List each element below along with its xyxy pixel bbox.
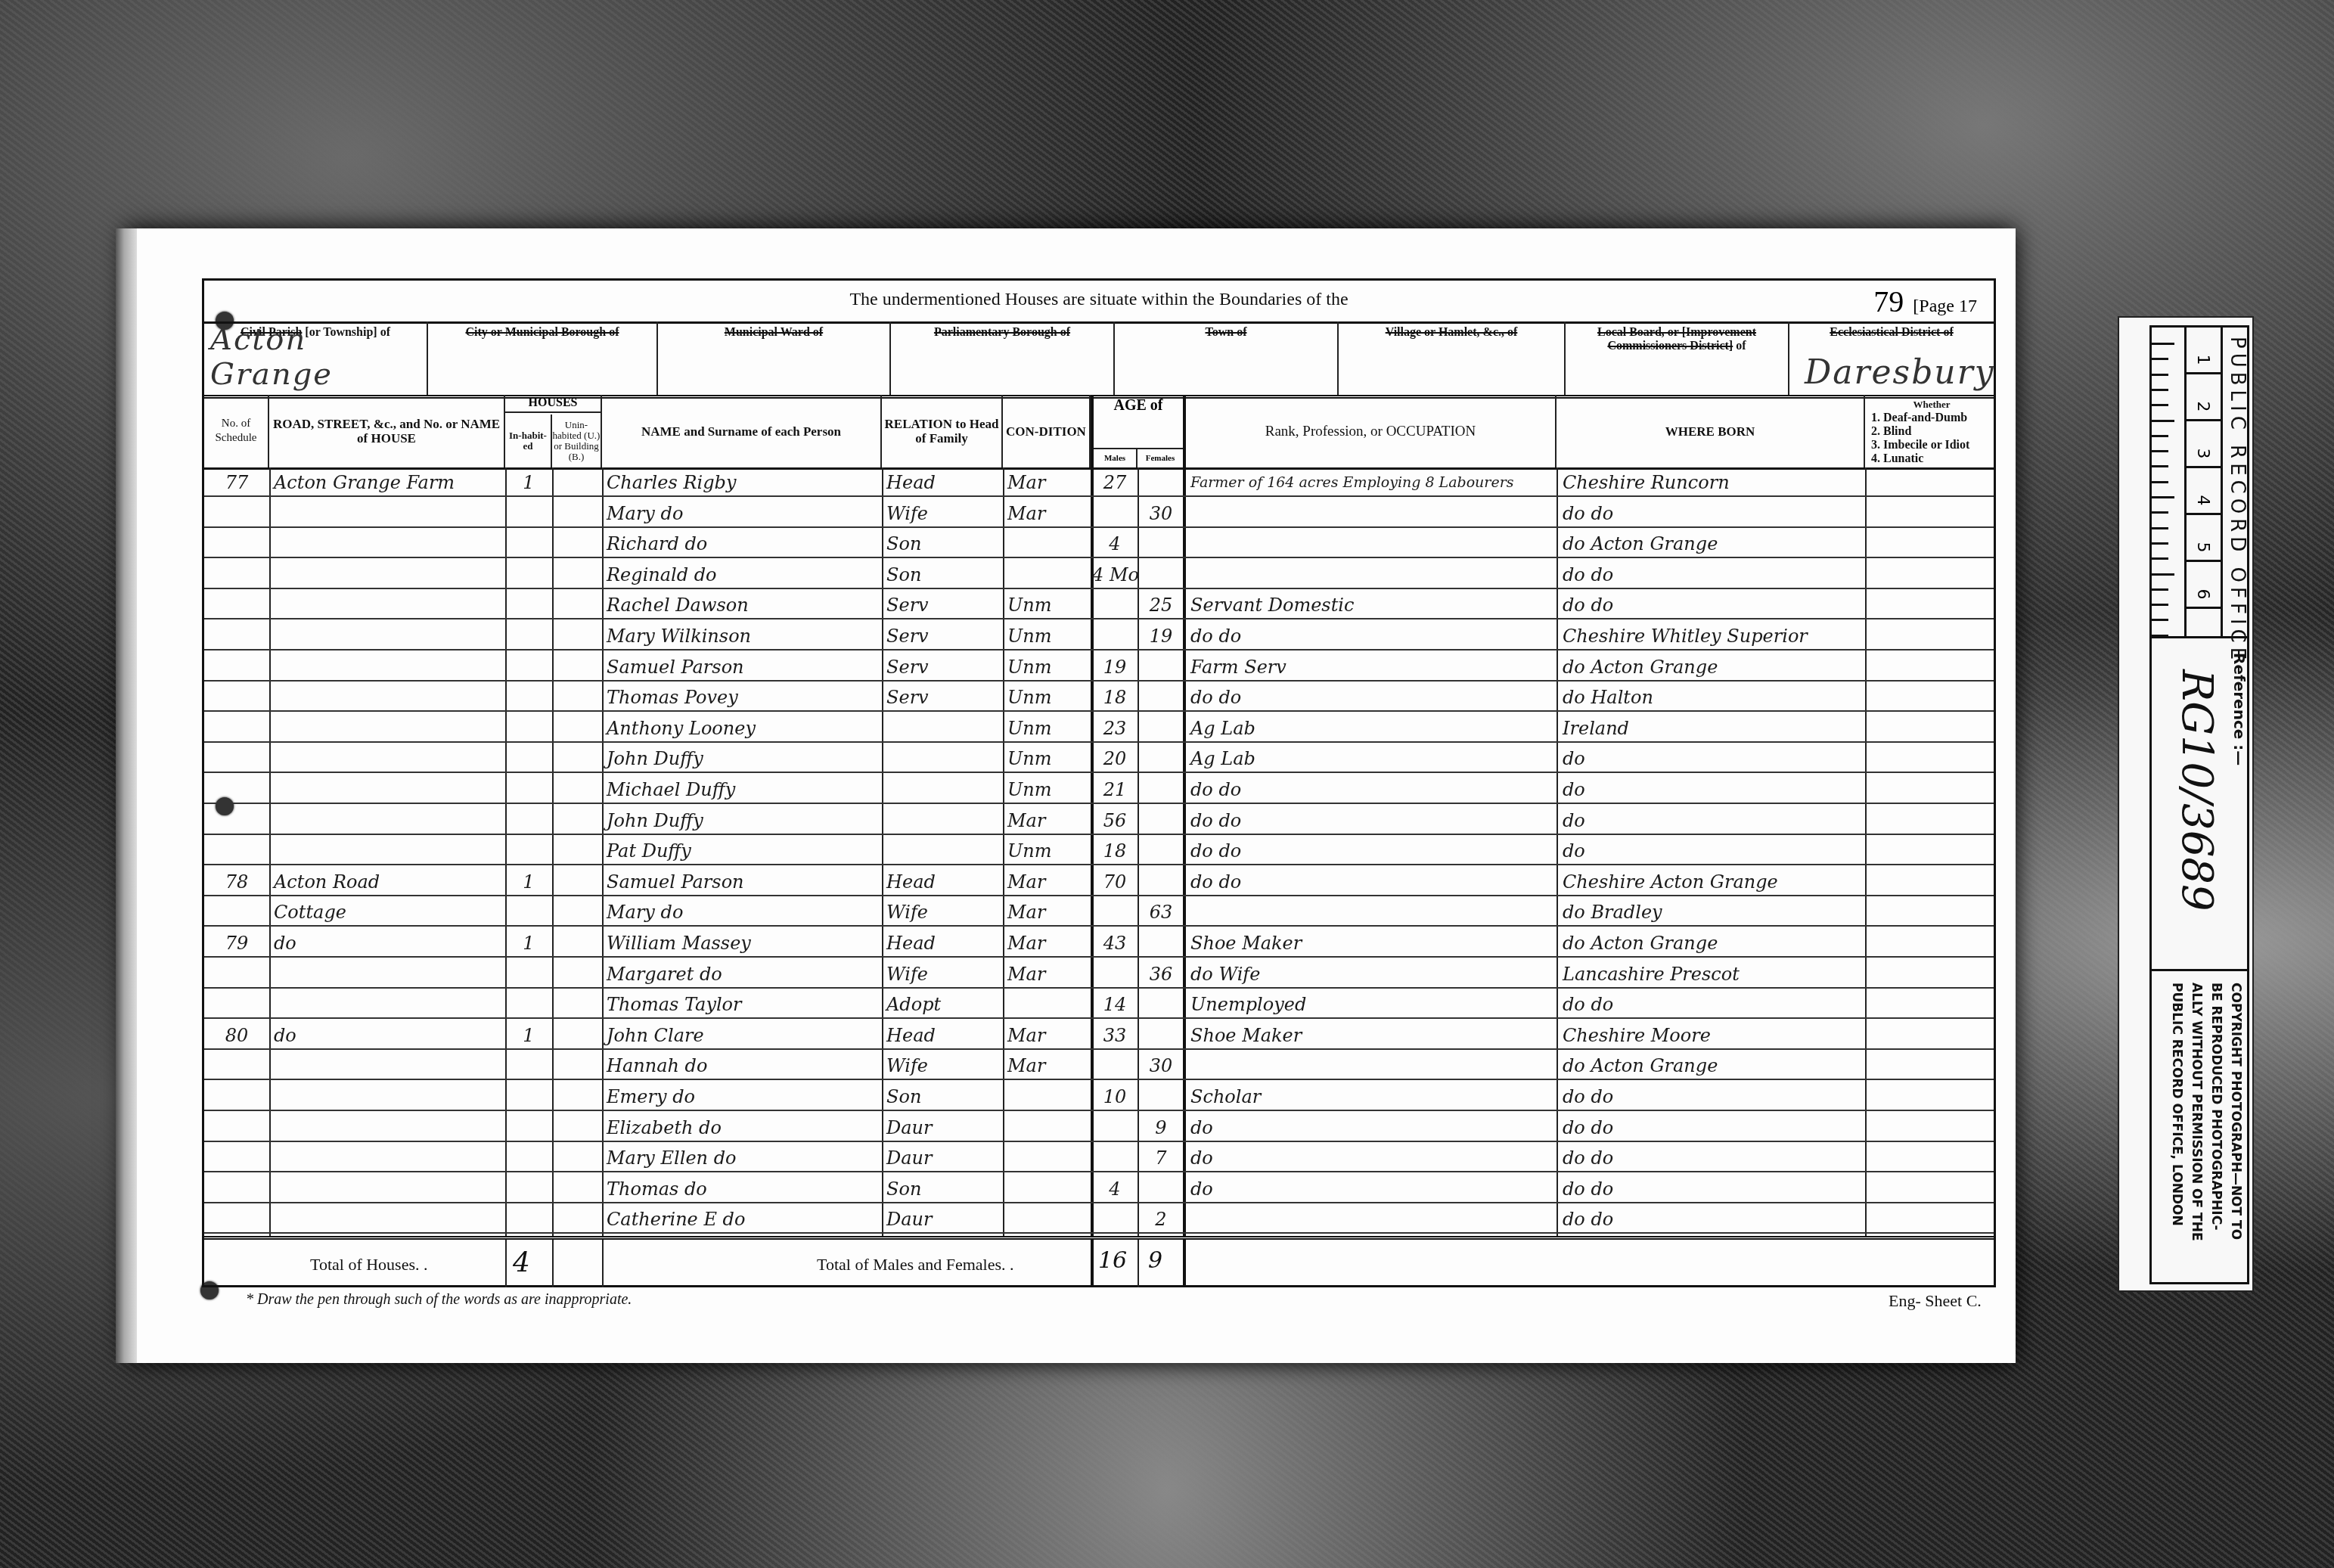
cell-inhabited: 1: [505, 928, 552, 958]
folio-block: 79 [Page 17: [1873, 284, 1977, 319]
cell-occupation: Ag Lab: [1186, 713, 1557, 743]
cell-age-male: [1092, 621, 1138, 650]
cell-relation: [882, 806, 1003, 835]
cell-inhabited: [505, 775, 552, 804]
cell-relation: Serv: [882, 590, 1003, 619]
cell-occupation: [1186, 498, 1557, 528]
cell-age-male: [1092, 959, 1138, 989]
copyright-line: ALLY WITHOUT PERMISSION OF THE: [2187, 983, 2206, 1241]
household-table: 77Acton Grange Farm1Charles RigbyHeadMar…: [204, 467, 1994, 1236]
header-houses-group: HOUSES In-habit-ed Unin-habited (U.) or …: [505, 395, 602, 467]
cell-age-male: [1092, 1113, 1138, 1142]
cell-road: do: [269, 928, 505, 958]
cell-road: [269, 713, 505, 743]
header-infirmity-option: 2. Blind: [1871, 425, 1992, 439]
cell-where-born: do Acton Grange: [1558, 652, 1865, 682]
scale-number: 6: [2193, 589, 2212, 600]
cell-name: Pat Duffy: [602, 836, 882, 865]
cell-occupation: [1186, 1051, 1557, 1080]
cell-age-female: 36: [1139, 959, 1183, 989]
table-row: Samuel ParsonServUnm19Farm Servdo Acton …: [204, 652, 1994, 682]
cell-name: Samuel Parson: [602, 867, 882, 896]
cell-where-born: do do: [1558, 1174, 1865, 1203]
cell-road: [269, 652, 505, 682]
cell-inhabited: [505, 1143, 552, 1172]
scale-number: 4: [2193, 495, 2212, 506]
cell-schedule: [204, 652, 269, 682]
ruler-tick: [2152, 573, 2174, 576]
cell-age-female: [1139, 806, 1183, 835]
cell-schedule: [204, 1204, 269, 1234]
cell-occupation: do do: [1186, 621, 1557, 650]
table-row: Margaret doWifeMar36do WifeLancashire Pr…: [204, 959, 1994, 989]
cell-name: Elizabeth do: [602, 1113, 882, 1142]
cell-age-female: [1139, 1082, 1183, 1111]
cell-road: [269, 836, 505, 865]
cell-occupation: do: [1186, 1143, 1557, 1172]
cell-schedule: [204, 498, 269, 528]
cell-name: Rachel Dawson: [602, 590, 882, 619]
ruler-tick: [2152, 389, 2168, 391]
cell-age-female: 30: [1139, 1051, 1183, 1080]
ruler-tick: [2152, 465, 2168, 467]
location-label: of: [1733, 340, 1746, 352]
cell-age-female: [1139, 775, 1183, 804]
cell-where-born: do do: [1558, 498, 1865, 528]
cell-schedule: 78: [204, 867, 269, 896]
table-row: 77Acton Grange Farm1Charles RigbyHeadMar…: [204, 467, 1994, 497]
total-females-value: 9: [1148, 1247, 1162, 1274]
cell-inhabited: [505, 806, 552, 835]
header-condition: CON-DITION: [1003, 395, 1091, 467]
cell-name: Mary do: [602, 498, 882, 528]
table-row: John DuffyUnm20Ag Labdo: [204, 744, 1994, 773]
location-municipal-borough: City or Municipal Borough of: [428, 321, 658, 395]
cell-schedule: [204, 836, 269, 865]
cell-age-male: 33: [1092, 1020, 1138, 1050]
location-value: Daresbury: [1805, 353, 1995, 392]
cell-name: Richard do: [602, 529, 882, 558]
cell-age-male: 20: [1092, 744, 1138, 773]
cell-where-born: do do: [1558, 590, 1865, 619]
cell-condition: Mar: [1003, 1020, 1091, 1050]
cell-age-male: 23: [1092, 713, 1138, 743]
cell-condition: [1003, 1113, 1091, 1142]
cell-occupation: [1186, 1204, 1557, 1234]
cell-age-male: [1092, 1051, 1138, 1080]
archive-strip-frame: 123456 PUBLIC RECORD OFFICE Reference :—…: [2149, 325, 2249, 1284]
cell-where-born: do: [1558, 806, 1865, 835]
scale-number: 3: [2193, 449, 2212, 459]
header-infirmity-option: 1. Deaf-and-Dumb: [1871, 411, 1992, 425]
cell-road: [269, 744, 505, 773]
cell-occupation: Farm Serv: [1186, 652, 1557, 682]
cell-age-male: 70: [1092, 867, 1138, 896]
column-divider: [552, 1240, 554, 1287]
table-row: Mary doWifeMar30do do: [204, 498, 1994, 528]
cell-inhabited: [505, 989, 552, 1019]
cell-inhabited: 1: [505, 1020, 552, 1050]
ruler-tick: [2152, 496, 2174, 498]
cell-schedule: [204, 897, 269, 927]
total-houses-label: Total of Houses. .: [310, 1255, 428, 1275]
cell-inhabited: [505, 621, 552, 650]
cell-inhabited: 1: [505, 867, 552, 896]
cell-schedule: 77: [204, 467, 269, 497]
table-row: 80do1John ClareHeadMar33Shoe MakerCheshi…: [204, 1020, 1994, 1050]
cell-name: William Massey: [602, 928, 882, 958]
cell-schedule: [204, 775, 269, 804]
cell-relation: Adopt: [882, 989, 1003, 1019]
cell-road: [269, 1143, 505, 1172]
cell-road: [269, 806, 505, 835]
cell-schedule: [204, 621, 269, 650]
table-row: Catherine E doDaur2do do: [204, 1204, 1994, 1234]
header-females: Females: [1138, 448, 1183, 467]
cell-age-male: [1092, 1204, 1138, 1234]
cell-name: John Clare: [602, 1020, 882, 1050]
inch-ruler: [2152, 328, 2187, 636]
cell-schedule: [204, 989, 269, 1019]
cell-occupation: do do: [1186, 836, 1557, 865]
copyright-notice: COPYRIGHT PHOTOGRAPH—NOT TO BE REPRODUCE…: [2167, 983, 2246, 1241]
strip-divider: [2152, 636, 2247, 638]
cell-road: [269, 1113, 505, 1142]
cell-occupation: Servant Domestic: [1186, 590, 1557, 619]
header-road: ROAD, STREET, &c., and No. or NAME of HO…: [269, 395, 505, 467]
ruler-tick: [2152, 604, 2168, 606]
cell-relation: [882, 775, 1003, 804]
header-infirmity-option: 3. Imbecile or Idiot: [1871, 439, 1992, 452]
cell-where-born: do Acton Grange: [1558, 529, 1865, 558]
cell-condition: [1003, 1143, 1091, 1172]
ruler-tick: [2152, 435, 2168, 437]
header-males: Males: [1094, 448, 1138, 467]
cell-occupation: do do: [1186, 775, 1557, 804]
cell-age-female: [1139, 836, 1183, 865]
cell-where-born: do: [1558, 744, 1865, 773]
cell-age-male: 56: [1092, 806, 1138, 835]
cell-road: [269, 775, 505, 804]
cell-occupation: Shoe Maker: [1186, 928, 1557, 958]
cell-where-born: do Acton Grange: [1558, 928, 1865, 958]
location-label-struck: Village or Hamlet, &c., of: [1386, 326, 1518, 339]
cell-road: [269, 560, 505, 589]
cell-where-born: do: [1558, 836, 1865, 865]
header-inhabited: In-habit-ed: [505, 415, 552, 467]
cell-inhabited: [505, 1204, 552, 1234]
form-title: The undermentioned Houses are situate wi…: [204, 290, 1994, 310]
header-where-born: WHERE BORN: [1557, 395, 1865, 467]
cell-inhabited: [505, 836, 552, 865]
cell-age-female: 25: [1139, 590, 1183, 619]
cell-name: Margaret do: [602, 959, 882, 989]
table-row: Reginald doSon4 Modo do: [204, 560, 1994, 589]
ruler-tick: [2152, 343, 2174, 345]
cell-name: Thomas do: [602, 1174, 882, 1203]
cell-schedule: [204, 1113, 269, 1142]
header-infirmity-whether: Whether: [1871, 398, 1992, 411]
scale-segment: 1: [2187, 328, 2221, 374]
cell-where-born: do do: [1558, 1082, 1865, 1111]
table-row: Thomas PoveyServUnm18do dodo Halton: [204, 682, 1994, 712]
folio-number: 79: [1873, 284, 1904, 319]
table-row: Thomas doSon4dodo do: [204, 1174, 1994, 1203]
cell-relation: [882, 713, 1003, 743]
cell-condition: Mar: [1003, 467, 1091, 497]
cell-schedule: [204, 713, 269, 743]
cell-occupation: Shoe Maker: [1186, 1020, 1557, 1050]
cell-age-female: [1139, 1174, 1183, 1203]
cell-occupation: Unemployed: [1186, 989, 1557, 1019]
header-age: AGE of: [1094, 398, 1183, 413]
table-row: Rachel DawsonServUnm25Servant Domesticdo…: [204, 590, 1994, 619]
header-relation: RELATION to Head of Family: [882, 395, 1003, 467]
cell-schedule: [204, 959, 269, 989]
cell-inhabited: [505, 897, 552, 927]
scale-bar: 123456: [2187, 328, 2223, 636]
cell-condition: Mar: [1003, 1051, 1091, 1080]
cell-condition: [1003, 1204, 1091, 1234]
cell-name: Charles Rigby: [602, 467, 882, 497]
cell-condition: Unm: [1003, 713, 1091, 743]
cell-age-male: 18: [1092, 836, 1138, 865]
cell-relation: [882, 744, 1003, 773]
ruler-tick: [2152, 542, 2168, 545]
location-label-struck: Town of: [1206, 326, 1247, 339]
cell-occupation: [1186, 897, 1557, 927]
cell-age-female: 2: [1139, 1204, 1183, 1234]
scale-segment: 6: [2187, 562, 2221, 609]
cell-age-male: 21: [1092, 775, 1138, 804]
cell-condition: Mar: [1003, 897, 1091, 927]
ruler-tick: [2152, 619, 2168, 621]
cell-age-female: [1139, 989, 1183, 1019]
table-row: 79do1William MasseyHeadMar43Shoe Makerdo…: [204, 928, 1994, 958]
cell-where-born: Cheshire Moore: [1558, 1020, 1865, 1050]
cell-occupation: do: [1186, 1113, 1557, 1142]
cell-inhabited: [505, 1082, 552, 1111]
cell-schedule: [204, 1082, 269, 1111]
cell-relation: Son: [882, 1174, 1003, 1203]
cell-age-male: [1092, 498, 1138, 528]
cell-relation: Son: [882, 529, 1003, 558]
table-row: Pat DuffyUnm18do dodo: [204, 836, 1994, 865]
cell-inhabited: [505, 959, 552, 989]
location-value: Acton Grange: [210, 322, 427, 392]
total-persons-label: Total of Males and Females. .: [817, 1255, 1014, 1275]
census-form: The undermentioned Houses are situate wi…: [202, 278, 1996, 1287]
ruler-tick: [2152, 527, 2168, 529]
cell-age-male: 10: [1092, 1082, 1138, 1111]
cell-relation: Son: [882, 560, 1003, 589]
cell-name: Reginald do: [602, 560, 882, 589]
cell-condition: Unm: [1003, 621, 1091, 650]
cell-road: [269, 1082, 505, 1111]
header-houses: HOUSES: [505, 396, 601, 413]
cell-inhabited: [505, 1051, 552, 1080]
cell-condition: Mar: [1003, 806, 1091, 835]
cell-age-male: [1092, 590, 1138, 619]
reference-value: RG10/3689: [2172, 669, 2221, 911]
cell-age-male: 18: [1092, 682, 1138, 712]
archive-reference-strip: 123456 PUBLIC RECORD OFFICE Reference :—…: [2118, 316, 2254, 1292]
cell-name: Anthony Looney: [602, 713, 882, 743]
cell-condition: [1003, 529, 1091, 558]
table-row: John DuffyMar56do dodo: [204, 806, 1994, 835]
cell-condition: Mar: [1003, 928, 1091, 958]
cell-inhabited: [505, 1113, 552, 1142]
cell-inhabited: [505, 744, 552, 773]
cell-age-female: [1139, 529, 1183, 558]
cell-road: [269, 1051, 505, 1080]
location-row: Civil Parish [or Township] of Acton Gran…: [204, 321, 1994, 399]
strip-divider: [2152, 969, 2247, 971]
cell-relation: Daur: [882, 1113, 1003, 1142]
cell-schedule: [204, 1174, 269, 1203]
location-label-struck: Ecclesiastical District of: [1830, 326, 1954, 339]
cell-age-female: [1139, 682, 1183, 712]
cell-relation: Head: [882, 867, 1003, 896]
location-label-struck: Municipal Ward of: [725, 326, 823, 339]
cell-age-female: 7: [1139, 1143, 1183, 1172]
table-row: Anthony LooneyUnm23Ag LabIreland: [204, 713, 1994, 743]
cell-where-born: Cheshire Whitley Superior: [1558, 621, 1865, 650]
cell-name: Mary do: [602, 897, 882, 927]
cell-schedule: 80: [204, 1020, 269, 1050]
header-infirmity: Whether 1. Deaf-and-Dumb 2. Blind 3. Imb…: [1871, 398, 1992, 466]
cell-condition: Unm: [1003, 744, 1091, 773]
ruler-tick: [2152, 481, 2168, 483]
cell-age-female: 30: [1139, 498, 1183, 528]
cell-schedule: [204, 1051, 269, 1080]
cell-name: Emery do: [602, 1082, 882, 1111]
header-uninhabited: Unin-habited (U.) or Building (B.): [552, 415, 601, 467]
cell-age-male: 4: [1092, 1174, 1138, 1203]
cell-age-male: 4 Mo: [1092, 560, 1138, 589]
cell-schedule: [204, 590, 269, 619]
scale-segment: 5: [2187, 515, 2221, 562]
cell-age-female: [1139, 652, 1183, 682]
location-municipal-ward: Municipal Ward of: [658, 321, 891, 395]
cell-road: [269, 498, 505, 528]
cell-where-born: do Acton Grange: [1558, 1051, 1865, 1080]
cell-age-female: [1139, 744, 1183, 773]
cell-where-born: do Halton: [1558, 682, 1865, 712]
cell-occupation: Farmer of 164 acres Employing 8 Labourer…: [1186, 467, 1557, 497]
cell-name: John Duffy: [602, 806, 882, 835]
header-name: NAME and Surname of each Person: [602, 395, 882, 467]
cell-age-female: [1139, 560, 1183, 589]
column-divider: [505, 1240, 507, 1287]
title-row: The undermentioned Houses are situate wi…: [204, 281, 1994, 324]
cell-relation: Daur: [882, 1204, 1003, 1234]
cell-road: [269, 1174, 505, 1203]
cell-inhabited: [505, 1174, 552, 1203]
cell-age-male: 4: [1092, 529, 1138, 558]
cell-age-female: 19: [1139, 621, 1183, 650]
reference-label: Reference :—: [2230, 653, 2249, 765]
location-local-board: Local Board, or [Improvement Commissione…: [1566, 321, 1789, 395]
cell-condition: Unm: [1003, 682, 1091, 712]
cell-age-female: 9: [1139, 1113, 1183, 1142]
table-row: Mary Ellen doDaur7dodo do: [204, 1143, 1994, 1172]
table-row: Michael DuffyUnm21do dodo: [204, 775, 1994, 804]
table-row: Emery doSon10Scholardo do: [204, 1082, 1994, 1111]
cell-name: Mary Wilkinson: [602, 621, 882, 650]
cell-relation: Wife: [882, 1051, 1003, 1080]
total-males-value: 16: [1098, 1247, 1127, 1274]
cell-name: Mary Ellen do: [602, 1143, 882, 1172]
cell-relation: [882, 836, 1003, 865]
cell-inhabited: [505, 652, 552, 682]
cell-schedule: [204, 744, 269, 773]
location-label-struck: City or Municipal Borough of: [466, 326, 619, 339]
cell-where-born: Cheshire Acton Grange: [1558, 867, 1865, 896]
cell-age-male: 27: [1092, 467, 1138, 497]
page-binding-edge: [116, 228, 137, 1363]
location-label-struck: Parliamentary Borough of: [934, 326, 1070, 339]
cell-condition: [1003, 1082, 1091, 1111]
cell-relation: Head: [882, 1020, 1003, 1050]
column-header-row: No. of Schedule ROAD, STREET, &c., and N…: [204, 395, 1994, 470]
cell-name: John Duffy: [602, 744, 882, 773]
cell-relation: Serv: [882, 682, 1003, 712]
cell-where-born: do do: [1558, 1113, 1865, 1142]
cell-relation: Daur: [882, 1143, 1003, 1172]
cell-relation: Wife: [882, 897, 1003, 927]
copyright-line: BE REPRODUCED PHOTOGRAPHIC-: [2206, 983, 2226, 1241]
cell-road: [269, 621, 505, 650]
table-row: Mary WilkinsonServUnm19do doCheshire Whi…: [204, 621, 1994, 650]
location-ecclesiastical-district: Ecclesiastical District of Daresbury: [1789, 321, 1994, 395]
column-divider: [1183, 1240, 1186, 1287]
column-divider: [1138, 1240, 1139, 1287]
location-town: Town of: [1115, 321, 1339, 395]
cell-condition: [1003, 560, 1091, 589]
table-row: Richard doSon4do Acton Grange: [204, 529, 1994, 558]
sheet-identifier: Eng- Sheet C.: [1889, 1291, 1982, 1311]
cell-where-born: do do: [1558, 1204, 1865, 1234]
cell-where-born: Cheshire Runcorn: [1558, 467, 1865, 497]
cell-inhabited: [505, 498, 552, 528]
cell-where-born: Ireland: [1558, 713, 1865, 743]
header-age-group: AGE of Males Females: [1091, 395, 1186, 467]
cell-condition: [1003, 989, 1091, 1019]
column-divider: [1091, 1240, 1094, 1287]
census-page: The undermentioned Houses are situate wi…: [125, 228, 2016, 1363]
cell-inhabited: [505, 713, 552, 743]
cell-age-male: 19: [1092, 652, 1138, 682]
cell-schedule: [204, 560, 269, 589]
table-row: Hannah doWifeMar30do Acton Grange: [204, 1051, 1994, 1080]
ruler-tick: [2152, 358, 2168, 360]
cell-inhabited: [505, 682, 552, 712]
cell-road: do: [269, 1020, 505, 1050]
cell-name: Thomas Taylor: [602, 989, 882, 1019]
cell-occupation: [1186, 560, 1557, 589]
scale-number: 2: [2193, 402, 2212, 412]
page-number: [Page 17: [1913, 297, 1977, 317]
cell-inhabited: [505, 529, 552, 558]
cell-where-born: do Bradley: [1558, 897, 1865, 927]
cell-where-born: do do: [1558, 1143, 1865, 1172]
cell-schedule: [204, 682, 269, 712]
cell-where-born: do do: [1558, 560, 1865, 589]
cell-road: [269, 1204, 505, 1234]
archive-office-label: PUBLIC RECORD OFFICE: [2226, 337, 2249, 664]
cell-age-female: [1139, 928, 1183, 958]
